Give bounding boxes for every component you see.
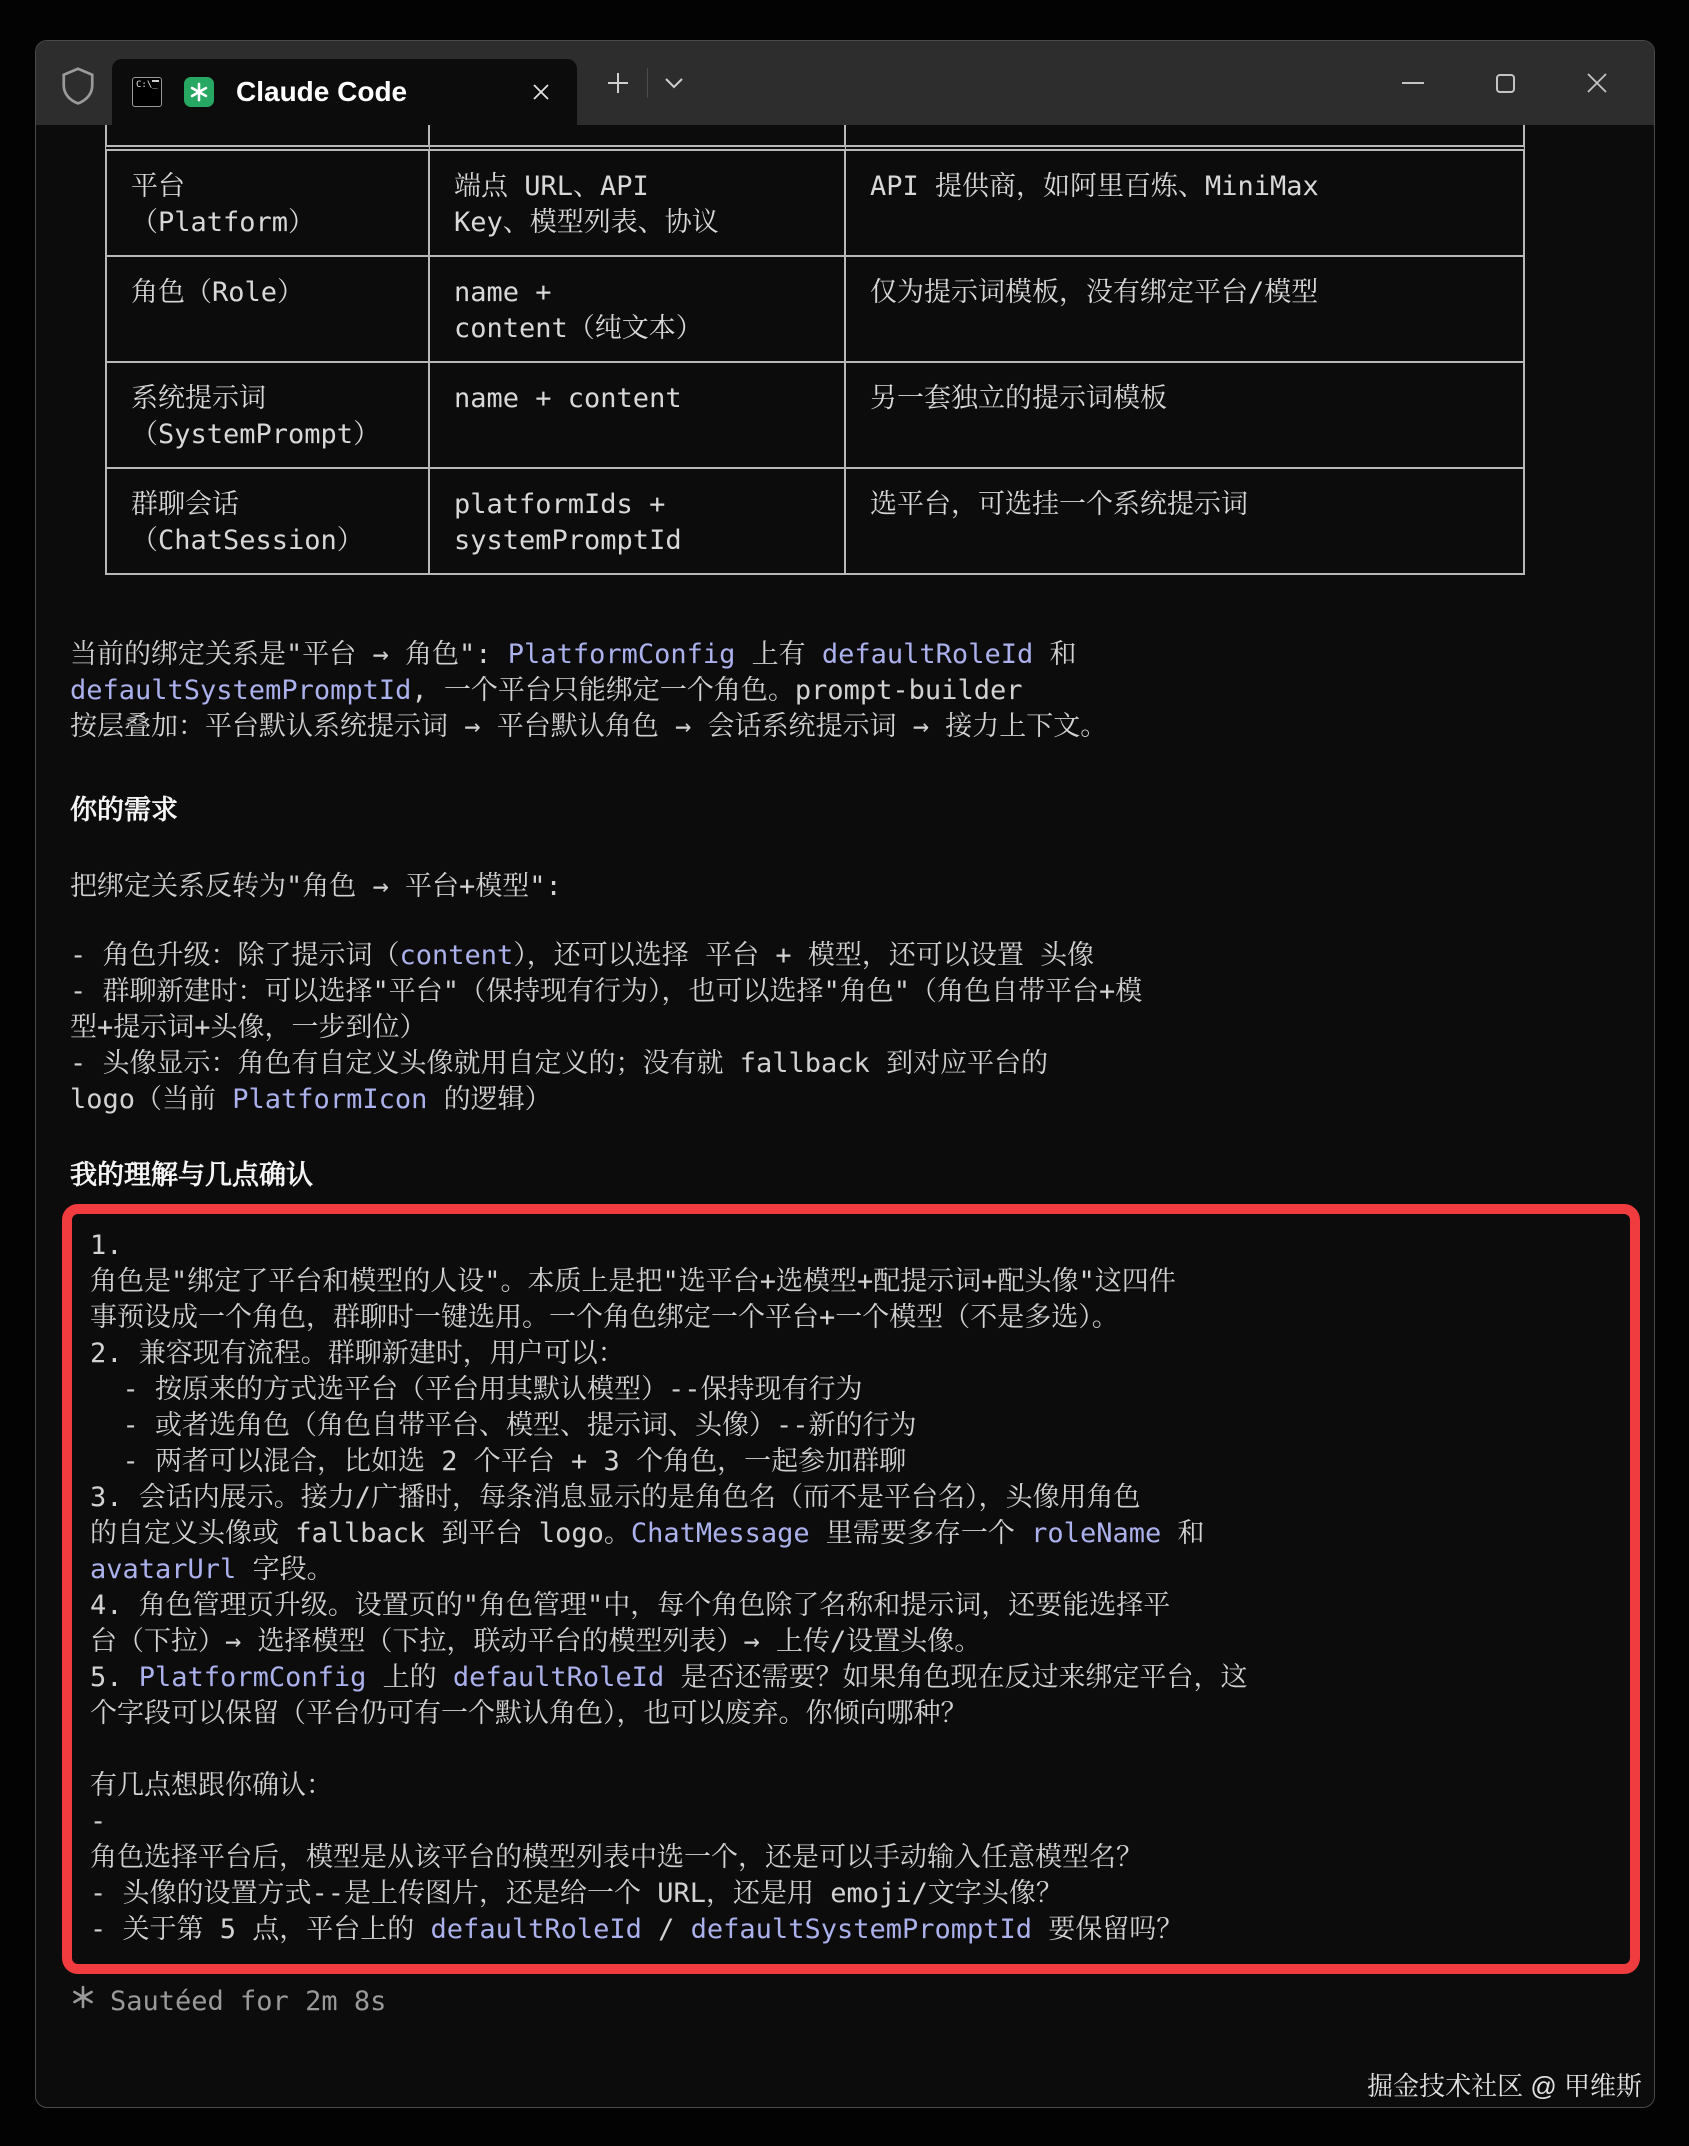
terminal-content: 平台 （Platform） 端点 URL、API Key、模型列表、协议 API… — [36, 125, 1654, 2020]
terminal-icon — [132, 77, 162, 107]
watermark: 掘金技术社区 @ 甲维斯 — [1367, 2066, 1642, 2103]
cell-fields: platformIds + systemPromptId — [430, 469, 846, 575]
cell-entity: 角色（Role） — [105, 257, 430, 363]
cell-desc: 另一套独立的提示词模板 — [846, 363, 1525, 469]
table-row: 群聊会话 （ChatSession） platformIds + systemP… — [105, 469, 1525, 575]
close-window-button[interactable] — [1568, 58, 1626, 108]
cell-fields: name + content（纯文本） — [430, 257, 846, 363]
claude-asterisk-icon — [184, 77, 214, 107]
cell-desc: 选平台，可选挂一个系统提示词 — [846, 469, 1525, 575]
table-row-partial — [105, 125, 1525, 151]
new-tab-button[interactable] — [599, 64, 637, 102]
cell-entity: 系统提示词 （SystemPrompt） — [105, 363, 430, 469]
terminal-window: Claude Code — [35, 40, 1655, 2108]
titlebar: Claude Code — [36, 41, 1654, 125]
tab-claude-code[interactable]: Claude Code — [112, 59, 577, 125]
spinner-icon — [70, 1984, 96, 2020]
cell-fields: name + content — [430, 363, 846, 469]
status-text: Sautéed for 2m 8s — [110, 1984, 386, 2020]
maximize-button[interactable] — [1476, 58, 1534, 108]
red-annotation-box: 1. 角色是"绑定了平台和模型的人设"。本质上是把"选平台+选模型+配提示词+配… — [62, 1204, 1640, 1974]
tab-dropdown-button[interactable] — [658, 71, 690, 95]
cell-desc: API 提供商，如阿里百炼、MiniMax — [846, 151, 1525, 257]
paragraph-current-binding: 当前的绑定关系是"平台 → 角色": PlatformConfig 上有 def… — [70, 637, 1620, 745]
titlebar-separator — [647, 68, 648, 98]
tab-title: Claude Code — [236, 76, 503, 108]
shield-icon — [60, 66, 96, 106]
cell-desc: 仅为提示词模板，没有绑定平台/模型 — [846, 257, 1525, 363]
cell-entity: 群聊会话 （ChatSession） — [105, 469, 430, 575]
entity-table: 平台 （Platform） 端点 URL、API Key、模型列表、协议 API… — [105, 125, 1525, 575]
table-row: 角色（Role） name + content（纯文本） 仅为提示词模板，没有绑… — [105, 257, 1525, 363]
minimize-button[interactable] — [1384, 58, 1442, 108]
bullet-list-requirements: - 角色升级：除了提示词（content），还可以选择 平台 + 模型，还可以设… — [70, 938, 1620, 1118]
cell-entity: 平台 （Platform） — [105, 151, 430, 257]
paragraph-invert-binding: 把绑定关系反转为"角色 → 平台+模型": — [70, 869, 1620, 905]
table-row: 平台 （Platform） 端点 URL、API Key、模型列表、协议 API… — [105, 151, 1525, 257]
heading-your-requirement: 你的需求 — [70, 793, 1620, 829]
heading-my-understanding: 我的理解与几点确认 — [70, 1158, 1620, 1194]
cell-fields: 端点 URL、API Key、模型列表、协议 — [430, 151, 846, 257]
tab-close-button[interactable] — [525, 76, 557, 108]
table-row: 系统提示词 （SystemPrompt） name + content 另一套独… — [105, 363, 1525, 469]
status-line: Sautéed for 2m 8s — [70, 1984, 1620, 2020]
